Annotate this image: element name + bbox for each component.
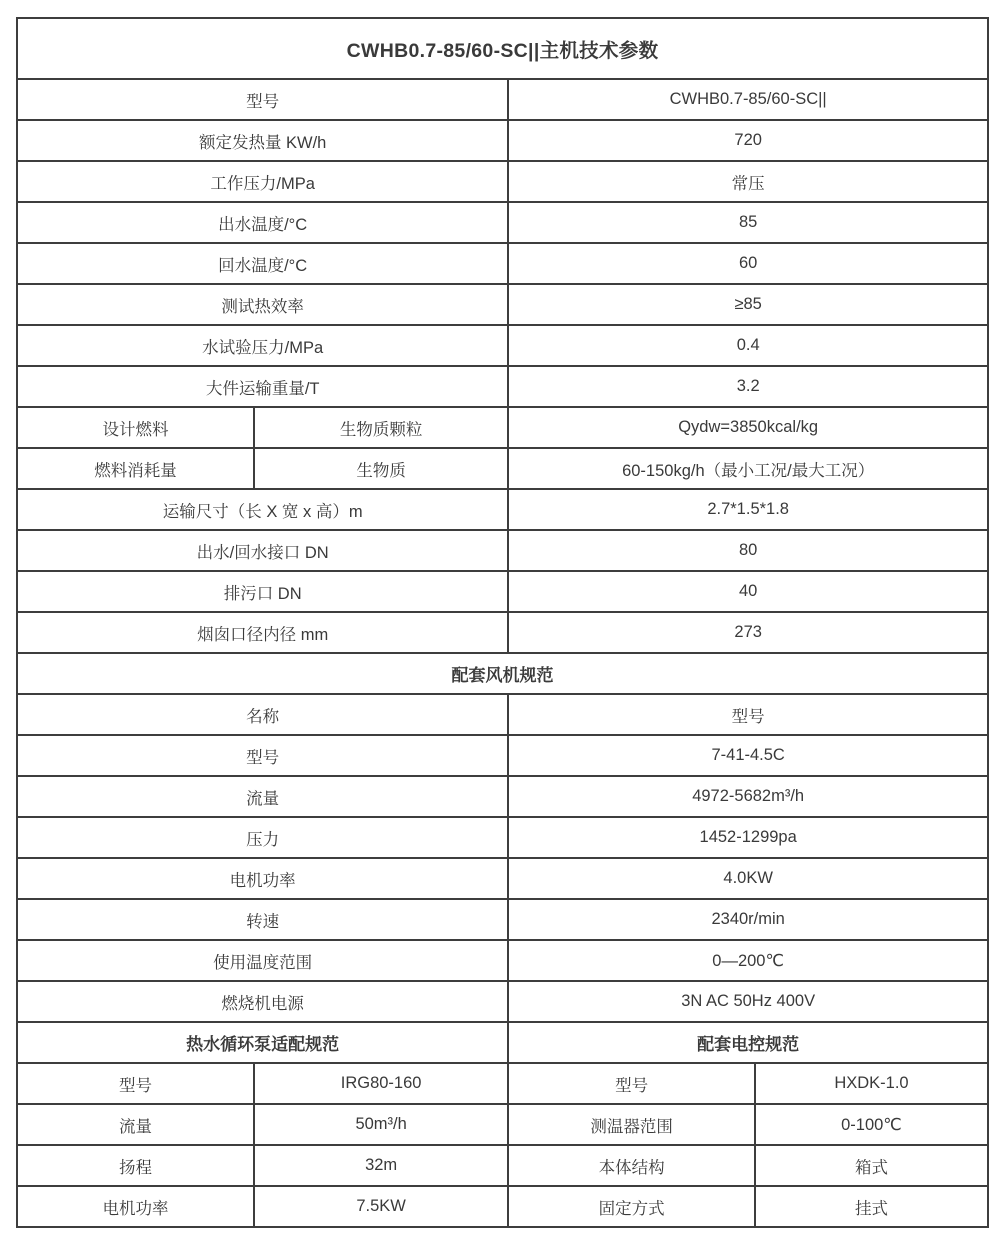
table-row: 燃烧机电源3N AC 50Hz 400V xyxy=(17,981,988,1022)
param-label-cell: 型号 xyxy=(17,1063,254,1104)
param-label-cell: 工作压力/MPa xyxy=(17,161,508,202)
param-label-cell: 电机功率 xyxy=(17,1186,254,1227)
param-label-cell: 流量 xyxy=(17,776,508,817)
param-label-cell: 大件运输重量/T xyxy=(17,366,508,407)
section-header-cell: 配套风机规范 xyxy=(17,653,988,694)
section-header-row: 配套风机规范 xyxy=(17,653,988,694)
table-row: 回水温度/°C60 xyxy=(17,243,988,284)
param-value-cell: 50m³/h xyxy=(254,1104,508,1145)
param-label-cell: 出水/回水接口 DN xyxy=(17,530,508,571)
table-title-row: CWHB0.7-85/60-SC||主机技术参数 xyxy=(17,18,988,79)
table-row: 燃料消耗量生物质60-150kg/h（最小工况/最大工况） xyxy=(17,448,988,489)
param-value-cell: 4972-5682m³/h xyxy=(508,776,988,817)
section-header-cell: 热水循环泵适配规范 xyxy=(17,1022,508,1063)
table-row: 电机功率7.5KW固定方式挂式 xyxy=(17,1186,988,1227)
param-value-cell: 生物质 xyxy=(254,448,508,489)
param-label-cell: 出水温度/°C xyxy=(17,202,508,243)
param-value-cell: 常压 xyxy=(508,161,988,202)
spec-table: CWHB0.7-85/60-SC||主机技术参数型号CWHB0.7-85/60-… xyxy=(16,17,989,1228)
param-value-cell: 3N AC 50Hz 400V xyxy=(508,981,988,1022)
param-label-cell: 流量 xyxy=(17,1104,254,1145)
param-value-cell: IRG80-160 xyxy=(254,1063,508,1104)
param-label-cell: 压力 xyxy=(17,817,508,858)
param-value-cell: 2340r/min xyxy=(508,899,988,940)
param-label-cell: 烟囱口径内径 mm xyxy=(17,612,508,653)
param-label-cell: 名称 xyxy=(17,694,508,735)
table-row: 转速2340r/min xyxy=(17,899,988,940)
param-value-cell: 60 xyxy=(508,243,988,284)
param-value-cell: 32m xyxy=(254,1145,508,1186)
param-label-cell: 固定方式 xyxy=(508,1186,755,1227)
param-value-cell: 7.5KW xyxy=(254,1186,508,1227)
table-row: 设计燃料生物质颗粒Qydw=3850kcal/kg xyxy=(17,407,988,448)
param-value-cell: 40 xyxy=(508,571,988,612)
param-label-cell: 排污口 DN xyxy=(17,571,508,612)
table-row: 流量50m³/h测温器范围0-100℃ xyxy=(17,1104,988,1145)
section-header-row: 热水循环泵适配规范配套电控规范 xyxy=(17,1022,988,1063)
param-label-cell: 水试验压力/MPa xyxy=(17,325,508,366)
table-row: 名称型号 xyxy=(17,694,988,735)
table-row: 排污口 DN40 xyxy=(17,571,988,612)
param-label-cell: 型号 xyxy=(17,79,508,120)
param-value-cell: 生物质颗粒 xyxy=(254,407,508,448)
param-label-cell: 测试热效率 xyxy=(17,284,508,325)
table-row: 压力1452-1299pa xyxy=(17,817,988,858)
table-row: 测试热效率≥85 xyxy=(17,284,988,325)
table-row: 出水/回水接口 DN80 xyxy=(17,530,988,571)
param-value-cell: 型号 xyxy=(508,694,988,735)
param-value-cell: HXDK-1.0 xyxy=(755,1063,988,1104)
spec-table-body: CWHB0.7-85/60-SC||主机技术参数型号CWHB0.7-85/60-… xyxy=(17,18,988,1227)
param-label-cell: 运输尺寸（长 X 宽 x 高）m xyxy=(17,489,508,530)
param-label-cell: 本体结构 xyxy=(508,1145,755,1186)
param-value-cell: 273 xyxy=(508,612,988,653)
page: { "colors": { "background": "#ffffff", "… xyxy=(0,0,1000,1245)
table-row: 运输尺寸（长 X 宽 x 高）m2.7*1.5*1.8 xyxy=(17,489,988,530)
table-row: 烟囱口径内径 mm273 xyxy=(17,612,988,653)
param-value-cell: 60-150kg/h（最小工况/最大工况） xyxy=(508,448,988,489)
section-header-cell: 配套电控规范 xyxy=(508,1022,988,1063)
param-label-cell: 测温器范围 xyxy=(508,1104,755,1145)
param-value-cell: CWHB0.7-85/60-SC|| xyxy=(508,79,988,120)
param-value-cell: 80 xyxy=(508,530,988,571)
param-value-cell: 0—200℃ xyxy=(508,940,988,981)
table-title-cell: CWHB0.7-85/60-SC||主机技术参数 xyxy=(17,18,988,79)
param-value-cell: ≥85 xyxy=(508,284,988,325)
table-row: 出水温度/°C85 xyxy=(17,202,988,243)
table-row: 型号CWHB0.7-85/60-SC|| xyxy=(17,79,988,120)
table-row: 大件运输重量/T3.2 xyxy=(17,366,988,407)
param-label-cell: 设计燃料 xyxy=(17,407,254,448)
param-label-cell: 回水温度/°C xyxy=(17,243,508,284)
param-label-cell: 型号 xyxy=(508,1063,755,1104)
param-value-cell: 3.2 xyxy=(508,366,988,407)
param-value-cell: 4.0KW xyxy=(508,858,988,899)
table-row: 工作压力/MPa常压 xyxy=(17,161,988,202)
spec-sheet: CWHB0.7-85/60-SC||主机技术参数型号CWHB0.7-85/60-… xyxy=(0,0,1000,1245)
param-value-cell: 7-41-4.5C xyxy=(508,735,988,776)
table-row: 水试验压力/MPa0.4 xyxy=(17,325,988,366)
param-label-cell: 转速 xyxy=(17,899,508,940)
param-value-cell: 挂式 xyxy=(755,1186,988,1227)
param-label-cell: 额定发热量 KW/h xyxy=(17,120,508,161)
param-value-cell: 1452-1299pa xyxy=(508,817,988,858)
table-row: 额定发热量 KW/h720 xyxy=(17,120,988,161)
table-row: 流量4972-5682m³/h xyxy=(17,776,988,817)
param-label-cell: 电机功率 xyxy=(17,858,508,899)
table-row: 使用温度范围0—200℃ xyxy=(17,940,988,981)
param-label-cell: 型号 xyxy=(17,735,508,776)
param-value-cell: 0.4 xyxy=(508,325,988,366)
table-row: 型号IRG80-160型号HXDK-1.0 xyxy=(17,1063,988,1104)
param-value-cell: 2.7*1.5*1.8 xyxy=(508,489,988,530)
table-row: 电机功率4.0KW xyxy=(17,858,988,899)
param-label-cell: 燃烧机电源 xyxy=(17,981,508,1022)
param-value-cell: 箱式 xyxy=(755,1145,988,1186)
param-value-cell: 0-100℃ xyxy=(755,1104,988,1145)
param-value-cell: 85 xyxy=(508,202,988,243)
param-label-cell: 燃料消耗量 xyxy=(17,448,254,489)
table-row: 扬程32m本体结构箱式 xyxy=(17,1145,988,1186)
param-label-cell: 使用温度范围 xyxy=(17,940,508,981)
param-label-cell: 扬程 xyxy=(17,1145,254,1186)
table-row: 型号7-41-4.5C xyxy=(17,735,988,776)
param-value-cell: 720 xyxy=(508,120,988,161)
param-value-cell: Qydw=3850kcal/kg xyxy=(508,407,988,448)
